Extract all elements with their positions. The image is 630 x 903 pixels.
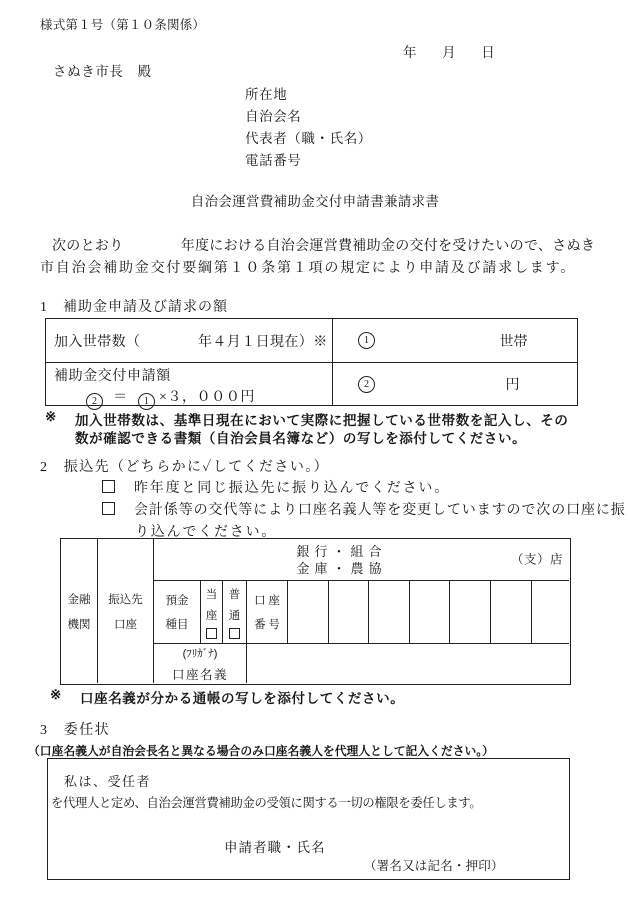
- deposit-type-cell: 預金 種目: [154, 581, 201, 644]
- account-number-cell[interactable]: [329, 581, 370, 644]
- date-day-label: 日: [481, 41, 495, 61]
- checkbox-new-payee[interactable]: [102, 502, 115, 515]
- account-number-cell[interactable]: [491, 581, 532, 644]
- payee-account-header-cell: 振込先 口座: [98, 539, 154, 683]
- account-number-label-cell: 口 座 番 号: [247, 581, 288, 644]
- checkbox-ordinary[interactable]: [229, 628, 240, 639]
- checkbox-same-payee[interactable]: [102, 480, 115, 493]
- note1-line-1: 加入世帯数は、基準日現在において実際に把握している世帯数を記入し、その: [75, 409, 569, 429]
- account-number-cell[interactable]: [288, 581, 329, 644]
- furigana-label: (ﾌﾘｶﾞﾅ): [183, 645, 218, 661]
- account-holder-input-cell[interactable]: [247, 644, 569, 683]
- date-month-label: 月: [442, 41, 456, 61]
- household-unit-label: 世帯: [500, 331, 528, 351]
- circled-2-icon: 2: [358, 376, 375, 393]
- bank-type-line1: 銀行・組合: [296, 543, 386, 560]
- ordinary-account-cell: 普 通: [223, 581, 247, 644]
- circled-1-icon: 1: [138, 393, 155, 410]
- formula-rest: ×３，０００円: [159, 390, 255, 405]
- applicant-address-label: 所在地: [245, 83, 287, 103]
- intro-line-2: 市自治会補助金交付要綱第１０条第１項の規定により申請及び請求します。: [40, 257, 576, 277]
- branch-label: （支）店: [511, 551, 563, 568]
- subsidy-request-label-cell: 補助金交付申請額 2 ＝ 1 ×３，０００円: [46, 363, 333, 406]
- date-year-label: 年: [403, 41, 417, 61]
- application-form-page: 様式第１号（第１０条関係） 年 月 日 さぬき市長 殿 所在地 自治会名 代表者…: [0, 0, 630, 903]
- account-number-cell[interactable]: [410, 581, 451, 644]
- subsidy-amount-value-cell[interactable]: 2 円: [333, 363, 578, 406]
- subsidy-formula: 2 ＝ 1 ×３，０００円: [54, 386, 332, 410]
- option1-label: 昨年度と同じ振込先に振り込んでください。: [134, 477, 450, 497]
- financial-institution-header-cell: 金融 機関: [61, 539, 98, 683]
- household-count-value-cell[interactable]: 1 世帯: [333, 319, 578, 363]
- checking-account-cell: 当 座: [201, 581, 223, 644]
- account-holder-label-cell: (ﾌﾘｶﾞﾅ) 口座名義: [154, 644, 247, 683]
- delegation-condition: （口座名義人が自治会長名と異なる場合のみ口座名義人を代理人として記入ください。）: [28, 742, 494, 759]
- account-number-cell[interactable]: [369, 581, 410, 644]
- note1-line-2: 数が確認できる書類（自治会員名簿など）の写しを添付してください。: [75, 427, 526, 447]
- yen-unit-label: 円: [506, 374, 520, 394]
- delegation-box: 私は、受任者 を代理人と定め、自治会運営費補助金の受領に関する一切の権限を委任し…: [47, 758, 570, 880]
- circled-1-icon: 1: [358, 332, 375, 349]
- circled-2-icon: 2: [86, 393, 103, 410]
- signer-label: 申請者職・氏名: [224, 836, 326, 856]
- delegation-line1: 私は、受任者: [64, 771, 151, 790]
- formula-equals: ＝: [113, 390, 128, 405]
- holder-label: 口座名義: [172, 665, 228, 683]
- note2-mark: ※: [50, 687, 62, 703]
- form-number: 様式第１号（第１０条関係）: [40, 15, 205, 33]
- delegation-line2: を代理人と定め、自治会運営費補助金の受領に関する一切の権限を委任します。: [51, 793, 481, 811]
- addressee: さぬき市長 殿: [53, 60, 152, 80]
- note2-text: 口座名義が分かる通帳の写しを添付してください。: [80, 687, 404, 707]
- sign-note: （署名又は記名・押印）: [364, 856, 504, 874]
- section1-heading: 1 補助金申請及び請求の額: [40, 296, 228, 316]
- option2-label-line1: 会計係等の交代等により口座名義人等を変更していますので次の口座に振: [134, 499, 626, 519]
- applicant-representative-label: 代表者（職・氏名）: [245, 127, 372, 147]
- checkbox-checking[interactable]: [206, 628, 217, 639]
- household-count-label-cell: 加入世帯数（ 年４月１日現在）※: [46, 319, 333, 363]
- section2-heading: 2 振込先（どちらかに✓してください。）: [40, 456, 329, 476]
- applicant-phone-label: 電話番号: [245, 149, 301, 169]
- bank-account-table: 金融 機関 振込先 口座 銀行・組合 金庫・農協 （支）店 預金 種目 当 座 …: [60, 538, 571, 685]
- date-line: 年 月 日: [403, 41, 495, 61]
- intro-line-1: 次のとおり 年度における自治会運営費補助金の交付を受けたいので、さぬき: [52, 235, 595, 255]
- section3-heading: 3 委任状: [40, 719, 110, 739]
- account-number-cell[interactable]: [532, 581, 569, 644]
- document-title: 自治会運営費補助金交付申請書兼請求書: [0, 190, 630, 210]
- bank-type-line2: 金庫・農協: [296, 560, 386, 577]
- bank-name-header-cell[interactable]: 銀行・組合 金庫・農協 （支）店: [154, 539, 569, 581]
- applicant-association-label: 自治会名: [245, 105, 301, 125]
- note1-mark: ※: [45, 409, 57, 425]
- subsidy-amount-table: 加入世帯数（ 年４月１日現在）※ 1 世帯 補助金交付申請額 2 ＝ 1 ×３，…: [45, 318, 578, 406]
- subsidy-request-label: 補助金交付申請額: [54, 365, 332, 385]
- account-number-cell[interactable]: [450, 581, 491, 644]
